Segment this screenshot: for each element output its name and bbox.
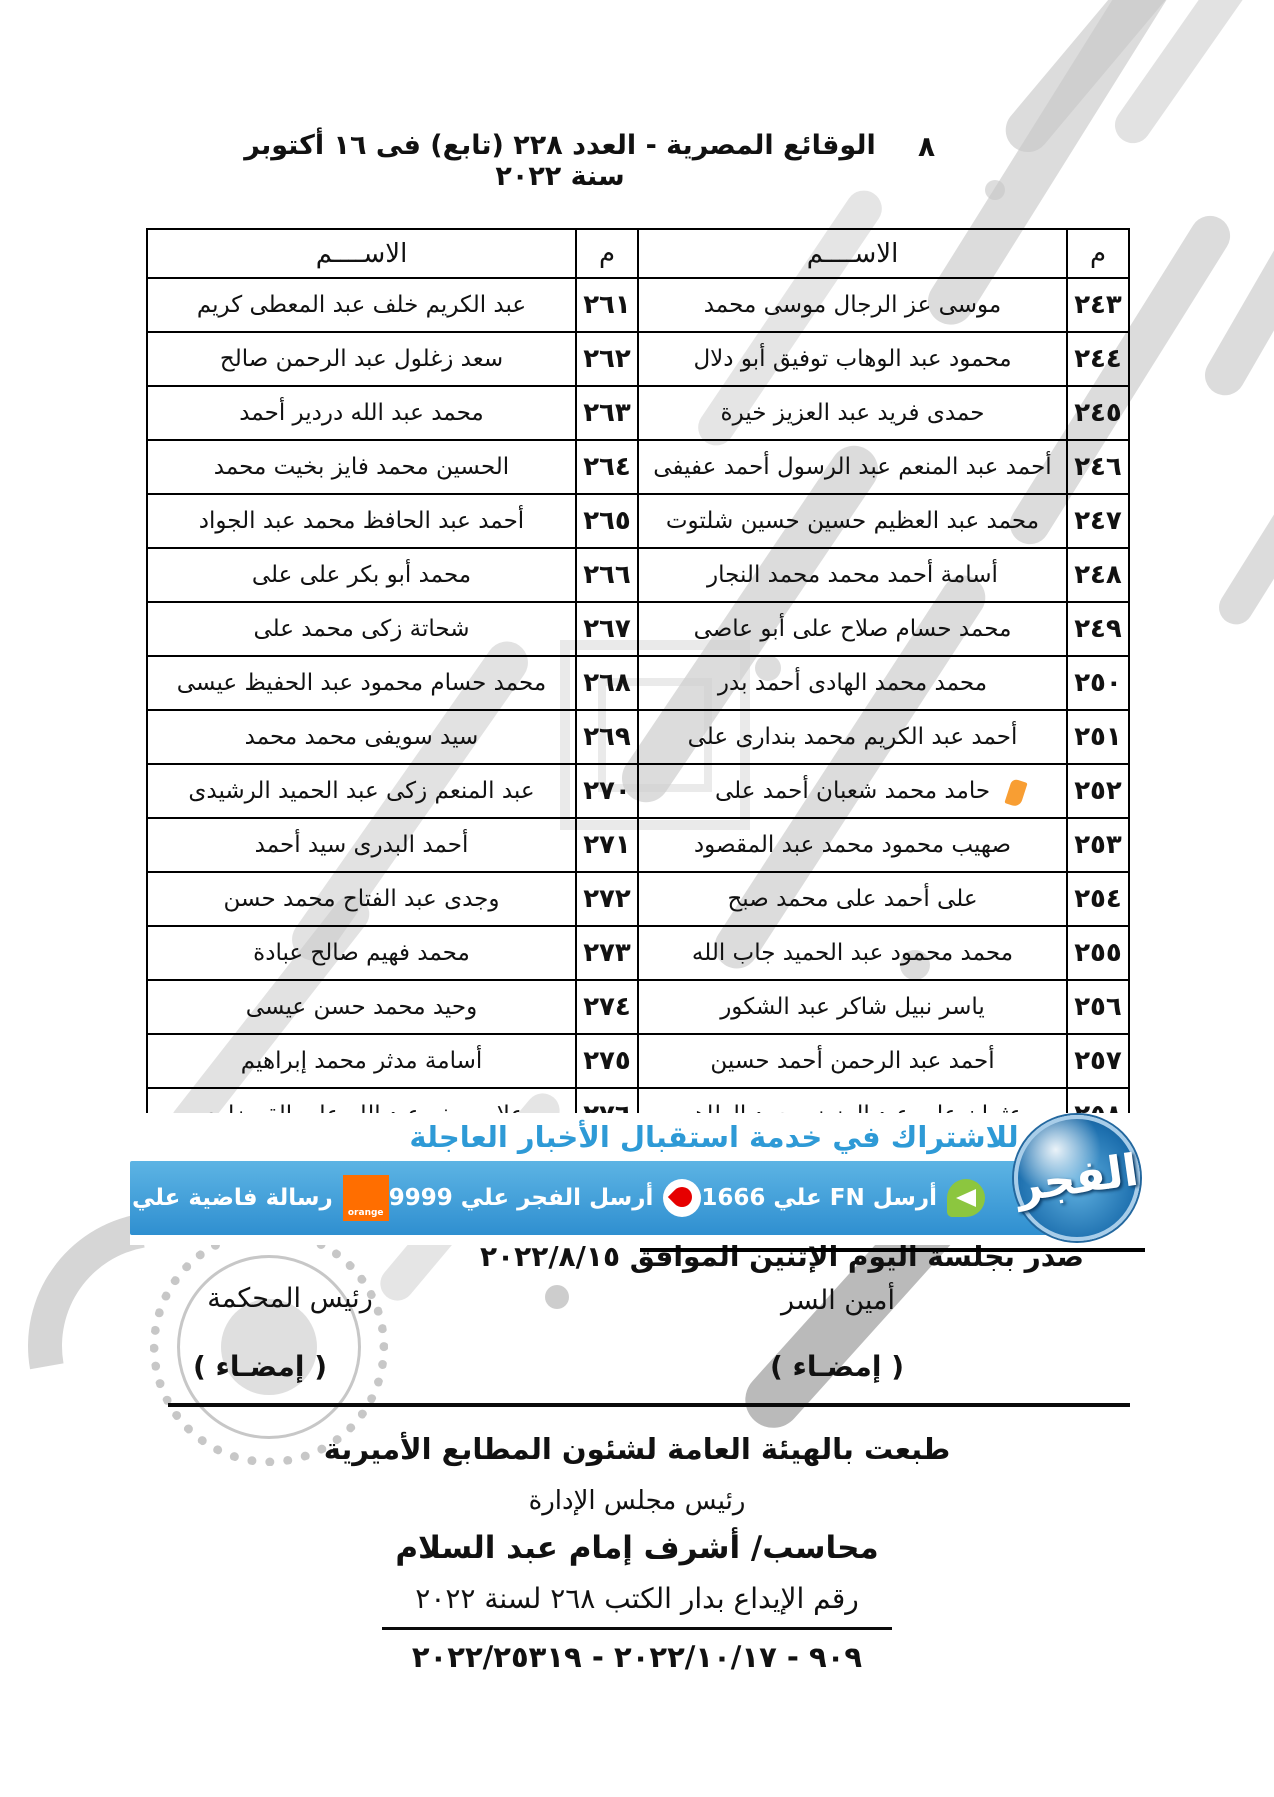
serial-cell: ٢٦٥ xyxy=(576,494,638,548)
printed-by-line: طبعت بالهيئة العامة لشئون المطابع الأمير… xyxy=(287,1432,987,1466)
serial-cell: ٢٧٤ xyxy=(576,980,638,1034)
serial-cell: ٢٥٠ xyxy=(1067,656,1129,710)
serial-cell: ٢٦٩ xyxy=(576,710,638,764)
name-cell: محمد محمد الهادى أحمد بدر xyxy=(638,656,1067,710)
table-row: ٢٥١ أحمد عبد الكريم محمد بندارى على ٢٦٩ … xyxy=(147,710,1129,764)
table-row: ٢٥٤ على أحمد على محمد صبح ٢٧٢ وجدى عبد ا… xyxy=(147,872,1129,926)
deposit-number-line: رقم الإيداع بدار الكتب ٢٦٨ لسنة ٢٠٢٢ xyxy=(287,1582,987,1615)
table-row: ٢٤٩ محمد حسام صلاح على أبو عاصى ٢٦٧ شحات… xyxy=(147,602,1129,656)
orange-sms-text: رسالة فاضية علي 4529 xyxy=(60,1185,333,1211)
serial-cell: ٢٥٣ xyxy=(1067,818,1129,872)
serial-cell: ٢٥٧ xyxy=(1067,1034,1129,1088)
table-row: ٢٥٥ محمد محمود عبد الحميد جاب الله ٢٧٣ م… xyxy=(147,926,1129,980)
banner-underline xyxy=(640,1248,1145,1252)
table-row: ٢٤٧ محمد عبد العظيم حسين حسين شلتوت ٢٦٥ … xyxy=(147,494,1129,548)
serial-cell: ٢٧١ xyxy=(576,818,638,872)
column-header-name: الاســــم xyxy=(147,229,576,278)
names-table: م الاســــم م الاســــم ٢٤٣ موسى عز الرج… xyxy=(146,228,1130,1143)
alfajr-logo-text: الفجر xyxy=(1013,1144,1141,1212)
serial-cell: ٢٧٠ xyxy=(576,764,638,818)
orange-logo-icon: orange xyxy=(343,1175,389,1221)
name-cell: الحسين محمد فايز بخيت محمد xyxy=(147,440,576,494)
banner-sms-bar: أرسل FN علي 1666 أرسل الفجر علي 9999 ora… xyxy=(130,1161,1105,1235)
serial-cell: ٢٥٢ xyxy=(1067,764,1129,818)
name-cell: سيد سويفى محمد محمد xyxy=(147,710,576,764)
serial-cell: ٢٦٣ xyxy=(576,386,638,440)
serial-cell: ٢٤٥ xyxy=(1067,386,1129,440)
name-cell: سعد زغلول عبد الرحمن صالح xyxy=(147,332,576,386)
court-president-title: رئيس المحكمة xyxy=(200,1283,380,1314)
page-number: ٨ xyxy=(918,130,935,163)
vodafone-logo-icon xyxy=(663,1179,701,1217)
serial-cell: ٢٥٤ xyxy=(1067,872,1129,926)
serial-cell: ٢٦٢ xyxy=(576,332,638,386)
name-cell: عبد الكريم خلف عبد المعطى كريم xyxy=(147,278,576,332)
serial-cell: ٢٦١ xyxy=(576,278,638,332)
board-chairman-name: محاسب/ أشرف إمام عبد السلام xyxy=(287,1530,987,1566)
table-row: ٢٥٧ أحمد عبد الرحمن أحمد حسين ٢٧٥ أسامة … xyxy=(147,1034,1129,1088)
name-cell: أسامة أحمد محمد محمد النجار xyxy=(638,548,1067,602)
name-cell: محمد عبد العظيم حسين حسين شلتوت xyxy=(638,494,1067,548)
horizontal-divider xyxy=(168,1403,1130,1407)
table-row: ٢٤٤ محمود عبد الوهاب توفيق أبو دلال ٢٦٢ … xyxy=(147,332,1129,386)
name-cell: على أحمد على محمد صبح xyxy=(638,872,1067,926)
name-cell: محمد أبو بكر على على xyxy=(147,548,576,602)
table-row: ٢٥٠ محمد محمد الهادى أحمد بدر ٢٦٨ محمد ح… xyxy=(147,656,1129,710)
serial-cell: ٢٤٤ xyxy=(1067,332,1129,386)
serial-cell: ٢٦٦ xyxy=(576,548,638,602)
gazette-page: الوقائع المصرية - العدد ٢٢٨ (تابع) فى ١٦… xyxy=(0,0,1274,1797)
name-cell: أحمد عبد المنعم عبد الرسول أحمد عفيفى xyxy=(638,440,1067,494)
table-row: ٢٤٣ موسى عز الرجال موسى محمد ٢٦١ عبد الك… xyxy=(147,278,1129,332)
serial-cell: ٢٦٤ xyxy=(576,440,638,494)
name-cell: حامد محمد شعبان أحمد على xyxy=(638,764,1067,818)
name-cell: محمد حسام محمود عبد الحفيظ عيسى xyxy=(147,656,576,710)
serial-cell: ٢٧٣ xyxy=(576,926,638,980)
column-header-num: م xyxy=(576,229,638,278)
table-header-row: م الاســــم م الاســــم xyxy=(147,229,1129,278)
serial-cell: ٢٤٦ xyxy=(1067,440,1129,494)
name-cell: أحمد عبد الرحمن أحمد حسين xyxy=(638,1034,1067,1088)
serial-cell: ٢٤٧ xyxy=(1067,494,1129,548)
serial-cell: ٢٧٢ xyxy=(576,872,638,926)
serial-cell: ٢٦٨ xyxy=(576,656,638,710)
court-president-signature: ( إمضـاء ) xyxy=(150,1350,370,1383)
name-cell: حمدى فريد عبد العزيز خيرة xyxy=(638,386,1067,440)
table-row: ٢٤٦ أحمد عبد المنعم عبد الرسول أحمد عفيف… xyxy=(147,440,1129,494)
page-title: الوقائع المصرية - العدد ٢٢٨ (تابع) فى ١٦… xyxy=(230,130,890,192)
banner-subscribe-strip: للاشتراك في خدمة استقبال الأخبار العاجلة xyxy=(130,1113,1148,1161)
orange-logo-label: orange xyxy=(348,1208,384,1221)
etisalat-logo-icon xyxy=(947,1179,985,1217)
subscribe-text: للاشتراك في خدمة استقبال الأخبار العاجلة xyxy=(409,1120,1018,1154)
board-chairman-title: رئيس مجلس الإدارة xyxy=(287,1486,987,1516)
serial-cell: ٢٤٩ xyxy=(1067,602,1129,656)
footer-block: طبعت بالهيئة العامة لشئون المطابع الأمير… xyxy=(287,1432,987,1674)
name-cell: محمد حسام صلاح على أبو عاصى xyxy=(638,602,1067,656)
table-row: ٢٥٢ حامد محمد شعبان أحمد على ٢٧٠ عبد الم… xyxy=(147,764,1129,818)
name-cell: أحمد عبد الحافظ محمد عبد الجواد xyxy=(147,494,576,548)
etisalat-sms-text: أرسل FN علي 1666 xyxy=(701,1185,937,1211)
name-cell: أسامة مدثر محمد إبراهيم xyxy=(147,1034,576,1088)
table-row: ٢٥٦ ياسر نبيل شاكر عبد الشكور ٢٧٤ وحيد م… xyxy=(147,980,1129,1034)
table-row: ٢٥٣ صهيب محمود محمد عبد المقصود ٢٧١ أحمد… xyxy=(147,818,1129,872)
column-header-num: م xyxy=(1067,229,1129,278)
name-cell: محمود عبد الوهاب توفيق أبو دلال xyxy=(638,332,1067,386)
serial-cell: ٢٤٨ xyxy=(1067,548,1129,602)
name-cell: وجدى عبد الفتاح محمد حسن xyxy=(147,872,576,926)
name-cell: عبد المنعم زكى عبد الحميد الرشيدى xyxy=(147,764,576,818)
vodafone-segment: أرسل الفجر علي 9999 xyxy=(389,1179,702,1217)
name-cell: صهيب محمود محمد عبد المقصود xyxy=(638,818,1067,872)
alfajr-logo: الفجر xyxy=(1014,1115,1140,1241)
name-cell: أحمد البدرى سيد أحمد xyxy=(147,818,576,872)
alfajr-subscription-banner: للاشتراك في خدمة استقبال الأخبار العاجلة… xyxy=(130,1113,1148,1245)
orange-segment: orange رسالة فاضية علي 4529 xyxy=(60,1175,389,1221)
name-cell: شحاتة زكى محمد على xyxy=(147,602,576,656)
serial-cell: ٢٧٥ xyxy=(576,1034,638,1088)
column-header-name: الاســــم xyxy=(638,229,1067,278)
vodafone-sms-text: أرسل الفجر علي 9999 xyxy=(389,1185,654,1211)
serial-cell: ٢٥٥ xyxy=(1067,926,1129,980)
etisalat-segment: أرسل FN علي 1666 xyxy=(701,1179,985,1217)
serial-cell: ٢٥٦ xyxy=(1067,980,1129,1034)
secretary-title: أمين السر xyxy=(758,1285,918,1316)
name-cell: ياسر نبيل شاكر عبد الشكور xyxy=(638,980,1067,1034)
print-code-line: ٩٠٩ - ٢٠٢٢/١٠/١٧ - ٢٠٢٢/٢٥٣١٩ xyxy=(382,1627,892,1674)
name-cell: أحمد عبد الكريم محمد بندارى على xyxy=(638,710,1067,764)
name-cell: محمد محمود عبد الحميد جاب الله xyxy=(638,926,1067,980)
serial-cell: ٢٤٣ xyxy=(1067,278,1129,332)
serial-cell: ٢٥١ xyxy=(1067,710,1129,764)
name-cell: موسى عز الرجال موسى محمد xyxy=(638,278,1067,332)
table-row: ٢٤٥ حمدى فريد عبد العزيز خيرة ٢٦٣ محمد ع… xyxy=(147,386,1129,440)
table-row: ٢٤٨ أسامة أحمد محمد محمد النجار ٢٦٦ محمد… xyxy=(147,548,1129,602)
name-cell: وحيد محمد حسن عيسى xyxy=(147,980,576,1034)
name-cell: محمد فهيم صالح عبادة xyxy=(147,926,576,980)
secretary-signature: ( إمضـاء ) xyxy=(712,1350,962,1383)
name-cell: محمد عبد الله دردير أحمد xyxy=(147,386,576,440)
serial-cell: ٢٦٧ xyxy=(576,602,638,656)
